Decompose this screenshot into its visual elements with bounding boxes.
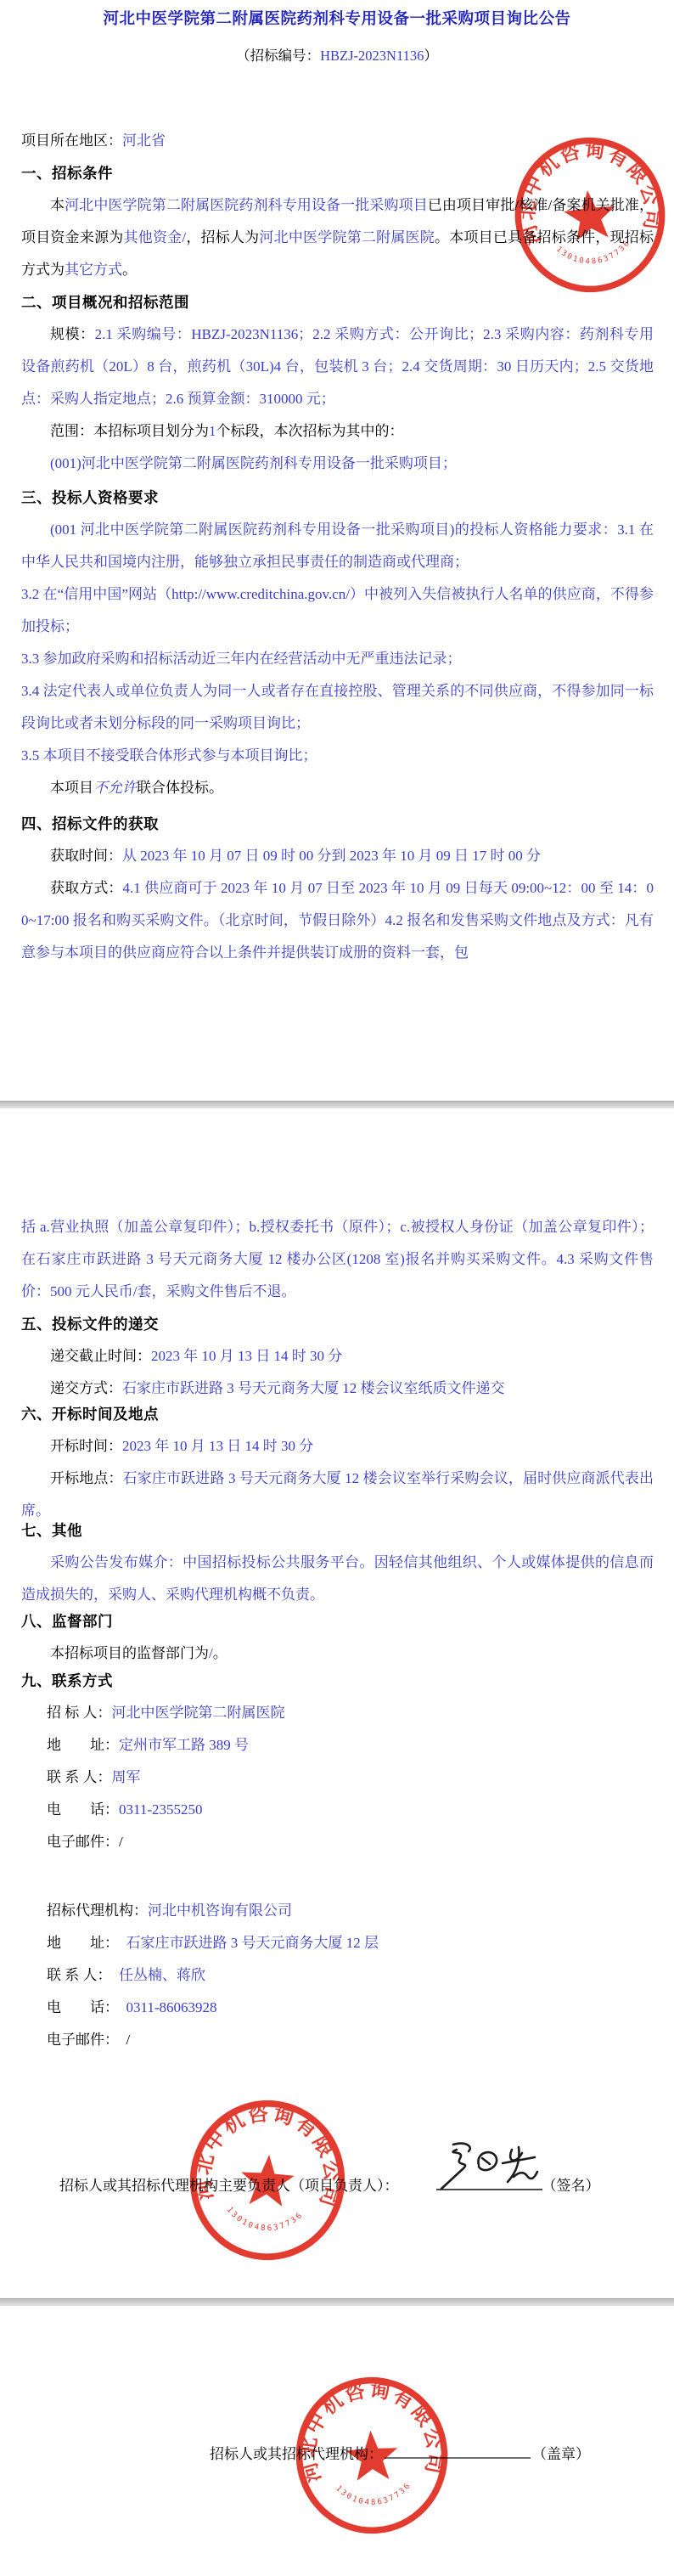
page-2: 括 a.营业执照（加盖公章复印件）；b.授权委托书（原件）；c.被授权人身份证（…	[0, 1108, 674, 2298]
section-4-continued: 括 a.营业执照（加盖公章复印件）；b.授权委托书（原件）；c.被授权人身份证（…	[21, 1211, 654, 1308]
text-run: 规模：	[50, 326, 95, 342]
ref-code: HBZJ-2023N1136	[320, 48, 424, 64]
svg-text:1301048637736: 1301048637736	[553, 238, 634, 270]
section-2-project-overview: 二、项目概况和招标范围规模：2.1 采购编号：HBZJ-2023N1136；2.…	[21, 286, 654, 480]
text-run: /	[119, 1834, 123, 1850]
paragraph: 电子邮件： /	[47, 2024, 654, 2056]
paragraph: 开标时间：2023 年 10 月 13 日 14 时 30 分	[21, 1430, 654, 1463]
text-run: 石家庄市跃进路 3 号天元商务大厦 12 楼会议室纸质文件递交	[122, 1380, 505, 1396]
page-divider	[0, 2298, 674, 2306]
text-run: 五、投标文件的递交	[21, 1316, 159, 1333]
text-run: 0311-2355250	[119, 1801, 203, 1818]
paragraph: 规模：2.1 采购编号：HBZJ-2023N1136；2.2 采购方式：公开询比…	[21, 318, 654, 415]
company-seal-icon: 河北中机咨询有限公司 1301048637736	[287, 2368, 457, 2543]
paragraph: 联 系 人：周军	[47, 1761, 654, 1794]
text-run: 其它方式	[65, 262, 122, 278]
paragraph: (001)河北中医学院第二附属医院药剂科专用设备一批采购项目；	[21, 448, 654, 480]
text-run: 3.2 在“信用中国”网站（http://www.creditchina.gov…	[21, 586, 654, 634]
paragraph: (001 河北中医学院第二附属医院药剂科专用设备一批采购项目)的投标人资格能力要…	[21, 514, 654, 578]
paragraph: 地 址：定州市军工路 389 号	[47, 1729, 654, 1761]
seal-star-icon	[239, 2153, 296, 2207]
paragraph: 电 话：0311-2355250	[47, 1794, 654, 1826]
text-run: 个标段，本次招标为其中的：	[216, 423, 404, 439]
section-heading: 五、投标文件的递交	[21, 1308, 654, 1340]
text-run: 八、监督部门	[21, 1613, 113, 1630]
text-run: 招标代理机构：	[47, 1902, 148, 1919]
section-heading: 三、投标人资格要求	[21, 482, 654, 514]
paragraph: 联 系 人： 任丛楠、蒋欣	[47, 1959, 654, 1992]
text-run: 一、招标条件	[21, 165, 113, 182]
section-9-contact-agency: 招标代理机构：河北中机咨询有限公司地 址： 石家庄市跃进路 3 号天元商务大厦 …	[21, 1895, 654, 2056]
section-heading: 九、联系方式	[21, 1665, 654, 1697]
text-run: ，招标人为	[186, 229, 259, 245]
ref-close: ）	[424, 48, 438, 64]
text-run: 定州市军工路 389 号	[119, 1737, 249, 1753]
text-run: 开标地点：	[50, 1470, 123, 1486]
announcement-document: 河北中医学院第二附属医院药剂科专用设备一批采购项目询比公告 （招标编号：HBZJ…	[0, 0, 674, 2576]
text-run: 范围：本招标项目划分为	[50, 423, 209, 439]
seal-star-icon	[345, 2429, 399, 2482]
text-run: 石家庄市跃进路 3 号天元商务大厦 12 层	[126, 1935, 379, 1951]
text-run: 六、开标时间及地点	[21, 1406, 159, 1423]
company-seal-icon: 河北中机咨询有限公司 1301048637736	[179, 2089, 355, 2270]
paragraph: 电子邮件：/	[47, 1826, 654, 1858]
paragraph: 递交截止时间：2023 年 10 月 13 日 14 时 30 分	[21, 1340, 654, 1373]
paragraph: 括 a.营业执照（加盖公章复印件）；b.授权委托书（原件）；c.被授权人身份证（…	[21, 1211, 654, 1308]
paragraph: 招 标 人：河北中医学院第二附属医院	[47, 1697, 654, 1729]
paragraph: 3.5 本项目不接受联合体形式参与本项目询比；	[21, 740, 654, 772]
text-run: 获取时间：	[50, 848, 122, 864]
ref-label: （招标编号：	[236, 48, 320, 64]
text-run: 电 话：	[47, 1801, 119, 1818]
paragraph: 采购公告发布媒介：中国招标投标公共服务平台。因轻信其他组织、个人或媒体提供的信息…	[21, 1547, 654, 1611]
text-run: 二、项目概况和招标范围	[21, 294, 189, 311]
text-run: 2023 年 10 月 13 日 14 时 30 分	[122, 1438, 313, 1454]
svg-text:1301048637736: 1301048637736	[334, 2481, 414, 2510]
paragraph: 本项目不允许联合体投标。	[21, 772, 654, 804]
text-run: 电 话：	[47, 1999, 126, 2015]
text-run: 四、招标文件的获取	[21, 815, 159, 832]
text-run: 采购公告发布媒介：中国招标投标公共服务平台。因轻信其他组织、个人或媒体提供的信息…	[21, 1554, 654, 1603]
text-run: 开标时间：	[50, 1438, 122, 1454]
section-heading: 四、招标文件的获取	[21, 808, 654, 840]
text-run: 招 标 人：	[47, 1705, 112, 1721]
text-run: 电子邮件：	[47, 2032, 126, 2048]
text-run: 联 系 人：	[47, 1769, 112, 1785]
section-3-bidder-qualifications: 三、投标人资格要求(001 河北中医学院第二附属医院药剂科专用设备一批采购项目)…	[21, 482, 654, 804]
tender-reference: （招标编号：HBZJ-2023N1136）	[0, 44, 674, 65]
text-run: 河北中机咨询有限公司	[148, 1902, 292, 1919]
section-4-document-acquisition: 四、招标文件的获取获取时间：从 2023 年 10 月 07 日 09 时 00…	[21, 808, 654, 969]
paragraph: 地 址： 石家庄市跃进路 3 号天元商务大厦 12 层	[47, 1927, 654, 1959]
page-divider	[0, 1101, 674, 1108]
text-run: 联合体投标。	[137, 780, 223, 796]
page-3: 招标人或其招标代理机构：（盖章） 河北中机咨询有限公司 130104863773…	[0, 2306, 674, 2576]
text-run: 地 址：	[47, 1737, 119, 1753]
signature-suffix: （签名）	[542, 2178, 600, 2194]
text-run: 本项目	[50, 780, 93, 796]
text-run: 周军	[112, 1769, 141, 1785]
text-run: 3.4 法定代表人或单位负责人为同一人或者存在直接控股、管理关系的不同供应商，不…	[21, 683, 654, 731]
paragraph: 获取方式：4.1 供应商可于 2023 年 10 月 07 日至 2023 年 …	[21, 872, 654, 969]
paragraph: 招标代理机构：河北中机咨询有限公司	[47, 1895, 654, 1927]
text-run: 地 址：	[47, 1935, 126, 1951]
section-8-supervision: 八、监督部门本招标项目的监督部门为/。	[21, 1605, 654, 1670]
company-seal-icon: 河北中机咨询有限公司 1301048637736	[502, 127, 674, 303]
section-5-bid-submission: 五、投标文件的递交递交截止时间：2023 年 10 月 13 日 14 时 30…	[21, 1308, 654, 1405]
paragraph: 电 话： 0311-86063928	[47, 1992, 654, 2024]
text-run: 九、联系方式	[21, 1672, 113, 1689]
text-run: 其他资金/	[124, 229, 187, 245]
text-run: (001 河北中医学院第二附属医院药剂科专用设备一批采购项目)的投标人资格能力要…	[21, 521, 654, 570]
text-run: 2023 年 10 月 13 日 14 时 30 分	[151, 1348, 342, 1364]
text-run: 七、其他	[21, 1522, 82, 1539]
paragraph: 3.2 在“信用中国”网站（http://www.creditchina.gov…	[21, 578, 654, 643]
text-run: 从 2023 年 10 月 07 日 09 时 00 分到 2023 年 10 …	[122, 848, 541, 864]
signature-name: 尹国杰	[445, 2156, 496, 2189]
text-run: 河北省	[122, 132, 166, 149]
text-run: 3.3 参加政府采购和招标活动近三年内在经营活动中无严重违法记录；	[21, 651, 462, 667]
stamp-line-suffix: （盖章）	[532, 2446, 590, 2462]
text-run: 河北中医学院第二附属医院药剂科专用设备一批采购项目	[65, 197, 428, 213]
text-run: 项目所在地区：	[21, 132, 122, 149]
text-run: 。	[213, 1645, 227, 1661]
signature-field: 尹国杰	[436, 2170, 542, 2190]
text-run: /	[126, 2032, 131, 2048]
seal-star-icon	[562, 188, 618, 242]
text-run: 不允许	[93, 780, 137, 796]
section-heading: 七、其他	[21, 1514, 654, 1547]
paragraph: 获取时间：从 2023 年 10 月 07 日 09 时 00 分到 2023 …	[21, 840, 654, 872]
paragraph: 范围：本招标项目划分为1个标段，本次招标为其中的：	[21, 415, 654, 448]
text-run: 递交截止时间：	[50, 1348, 151, 1364]
text-run: 河北中医学院第二附属医院	[259, 229, 435, 245]
document-title: 河北中医学院第二附属医院药剂科专用设备一批采购项目询比公告	[0, 7, 674, 29]
paragraph: 3.4 法定代表人或单位负责人为同一人或者存在直接控股、管理关系的不同供应商，不…	[21, 675, 654, 740]
section-heading: 六、开标时间及地点	[21, 1398, 654, 1430]
text-run: 0311-86063928	[126, 1999, 217, 2015]
text-run: 3.5 本项目不接受联合体形式参与本项目询比；	[21, 747, 317, 764]
section-9-contact-tenderer: 九、联系方式招 标 人：河北中医学院第二附属医院地 址：定州市军工路 389 号…	[21, 1665, 654, 1858]
text-run: 三、投标人资格要求	[21, 489, 159, 506]
page-1: 河北中医学院第二附属医院药剂科专用设备一批采购项目询比公告 （招标编号：HBZJ…	[0, 0, 674, 1101]
section-heading: 八、监督部门	[21, 1605, 654, 1637]
section-7-other: 七、其他采购公告发布媒介：中国招标投标公共服务平台。因轻信其他组织、个人或媒体提…	[21, 1514, 654, 1611]
text-run: 获取方式：	[50, 880, 123, 896]
section-6-bid-opening: 六、开标时间及地点开标时间：2023 年 10 月 13 日 14 时 30 分…	[21, 1398, 654, 1527]
text-run: 任丛楠、蒋欣	[119, 1967, 205, 1983]
text-run: (001)河北中医学院第二附属医院药剂科专用设备一批采购项目；	[50, 455, 457, 471]
text-run: 2.1 采购编号：HBZJ-2023N1136；2.2 采购方式：公开询比；2.…	[21, 326, 654, 407]
paragraph: 3.3 参加政府采购和招标活动近三年内在经营活动中无严重违法记录；	[21, 643, 654, 675]
text-run: 电子邮件：	[47, 1834, 119, 1850]
text-run: 本招标项目的监督部门为	[50, 1645, 209, 1661]
text-run: 联 系 人：	[47, 1967, 119, 1983]
text-run: 河北中医学院第二附属医院	[112, 1705, 285, 1721]
text-run: 括 a.营业执照（加盖公章复印件）；b.授权委托书（原件）；c.被授权人身份证（…	[21, 1219, 654, 1299]
svg-text:1301048637736: 1301048637736	[223, 2205, 306, 2236]
text-run: 递交方式：	[50, 1380, 122, 1396]
text-run: 本	[50, 197, 65, 213]
text-run: 。	[122, 262, 137, 278]
text-run: 1	[209, 423, 216, 439]
